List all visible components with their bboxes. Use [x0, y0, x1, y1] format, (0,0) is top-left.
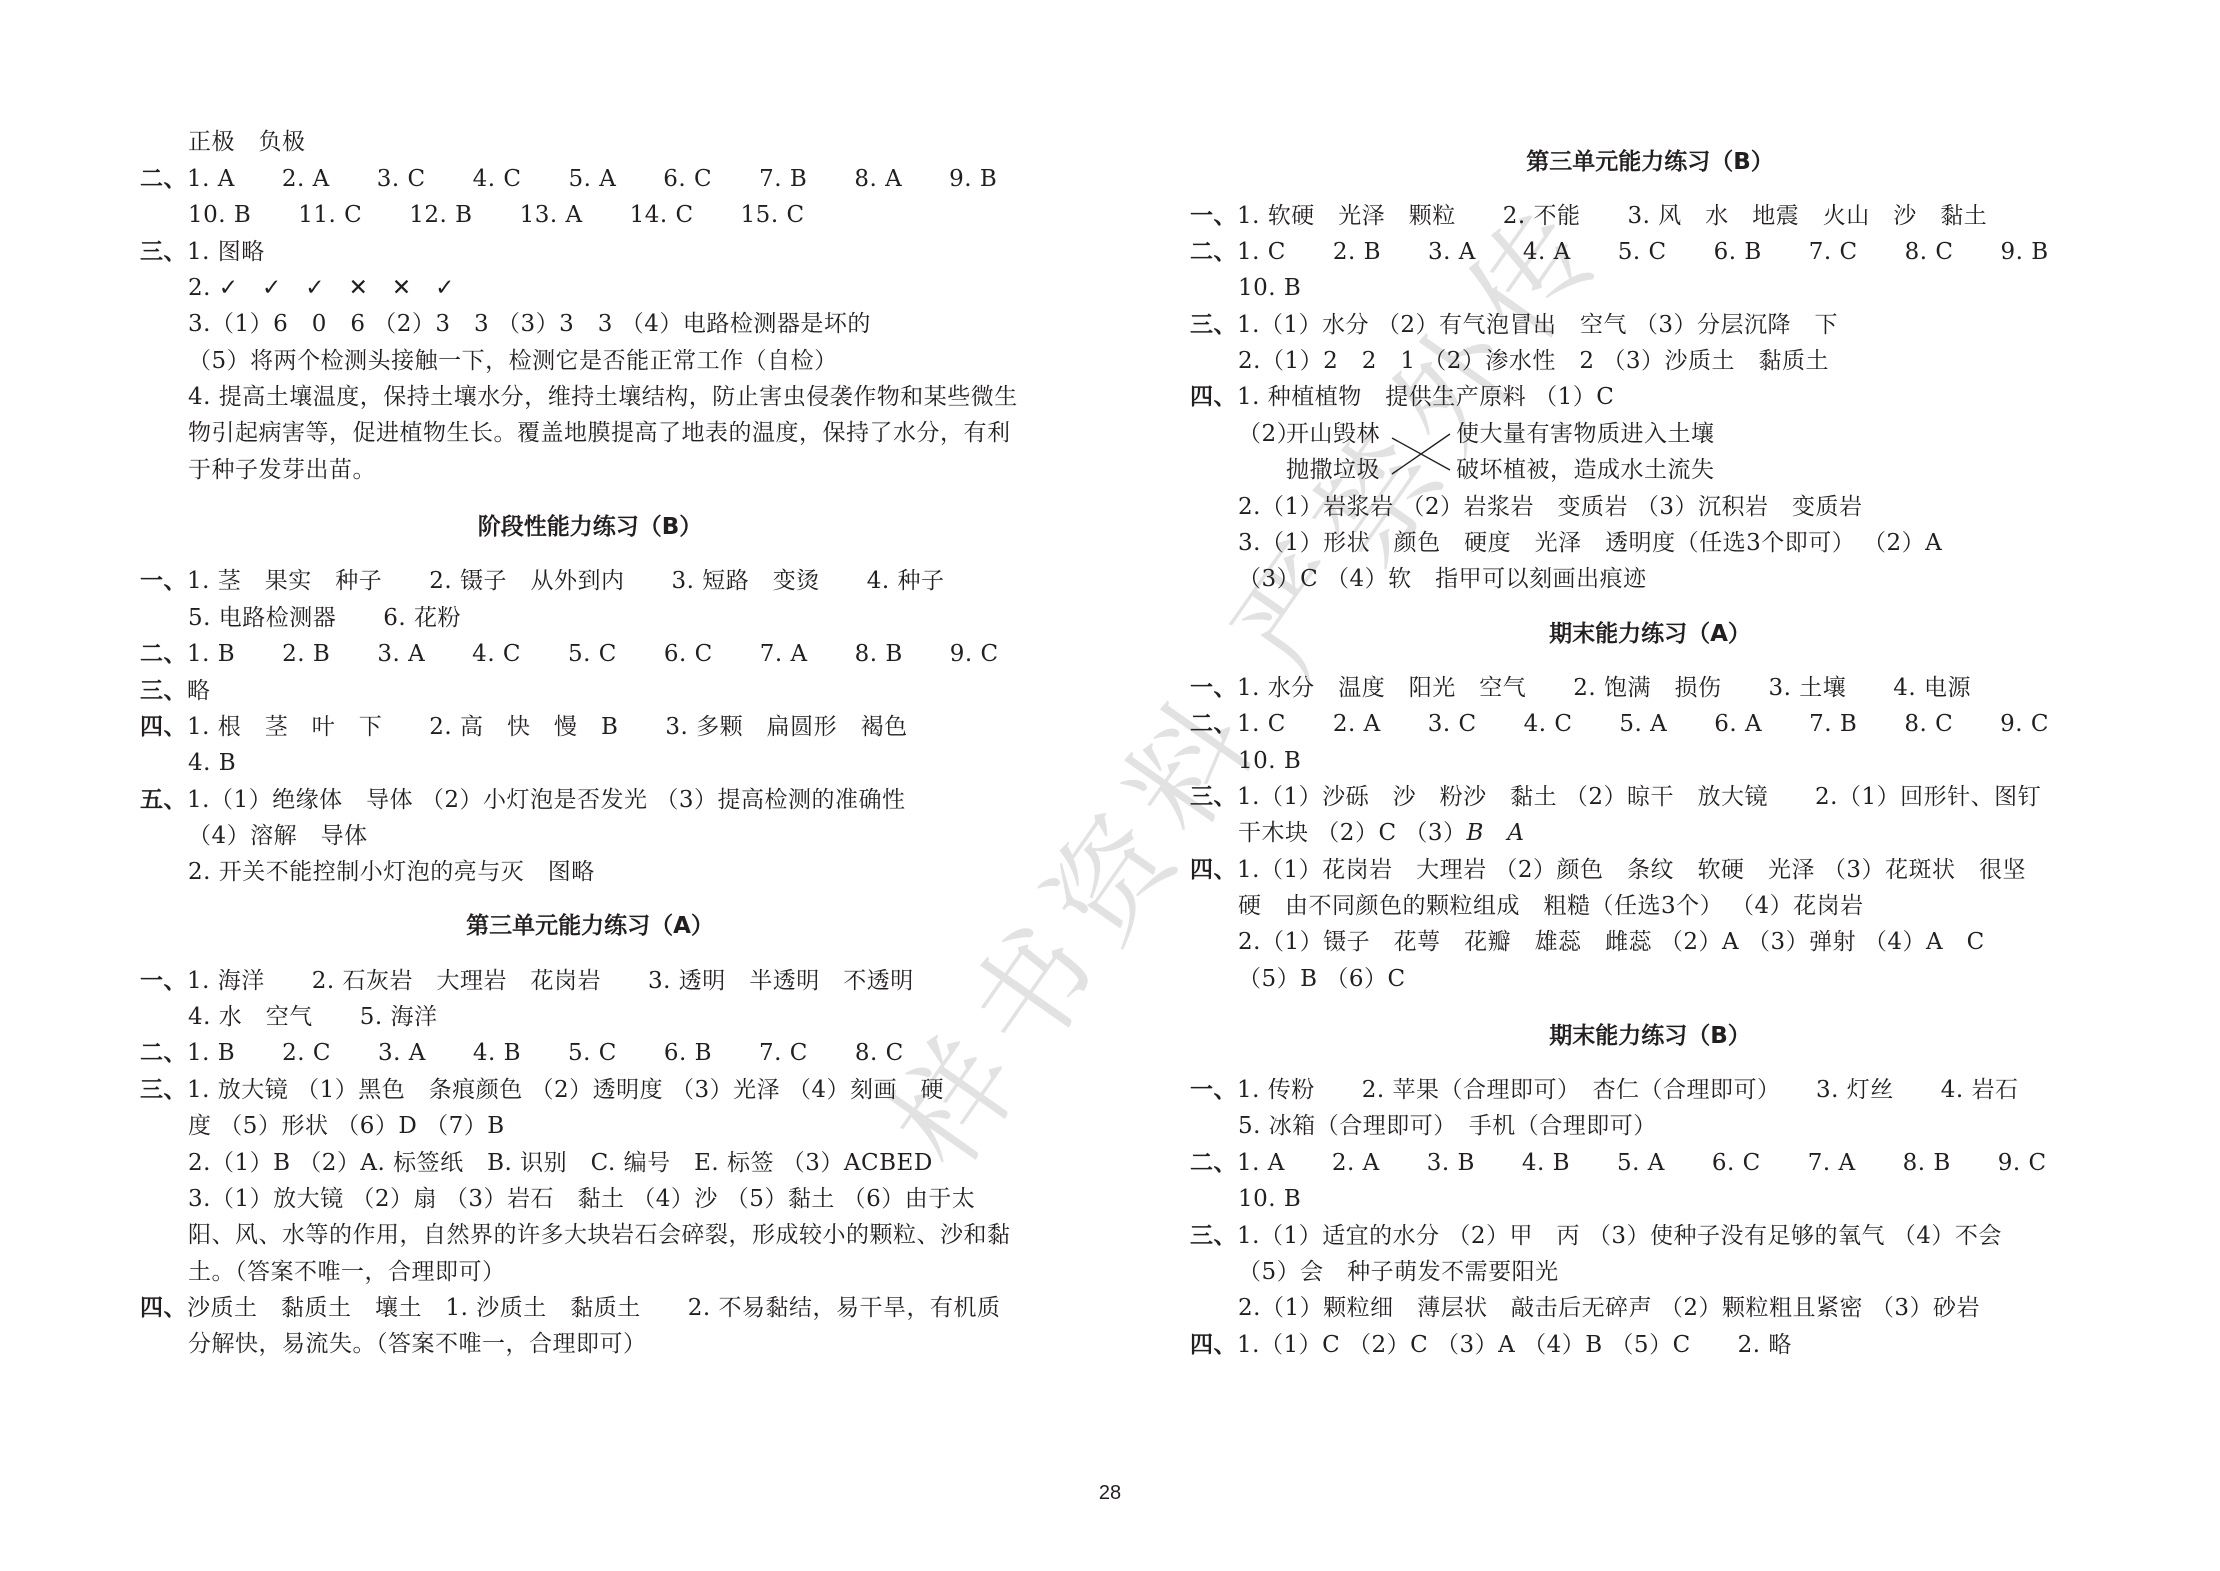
section-marker: 二、 [140, 166, 187, 192]
section-title: 阶段性能力练习（B） [478, 509, 703, 545]
answer-line: 3.（1）放大镜 （2）扇 （3）岩石 黏土 （4）沙 （5）黏土 （6）由于太 [188, 1181, 975, 1217]
answer-line: 四、1.（1）花岗岩 大理岩 （2）颜色 条纹 软硬 光泽 （3）花斑状 很坚 [1190, 852, 2026, 888]
answer-line: 二、1. A 2. A 3. C 4. C 5. A 6. C 7. B 8. … [140, 161, 997, 197]
answer-line: 10. B [1238, 743, 1301, 779]
answer-line: 5. 电路检测器 6. 花粉 [188, 600, 461, 636]
answer-line: 2.（1）B （2）A. 标签纸 B. 识别 C. 编号 E. 标签 （3）AC… [188, 1145, 933, 1181]
answer-line: （4）溶解 导体 [188, 818, 368, 854]
answer-line: （5）会 种子萌发不需要阳光 [1238, 1254, 1559, 1290]
answer-line: 三、1.（1）水分 （2）有气泡冒出 空气 （3）分层沉降 下 [1190, 307, 1838, 343]
answer-line: （5）将两个检测头接触一下，检测它是否能正常工作（自检） [188, 343, 838, 379]
answer-line: 四、1. 根 茎 叶 下 2. 高 快 慢 B 3. 多颗 扁圆形 褐色 [140, 709, 908, 745]
section-title: 第三单元能力练习（B） [1526, 144, 1774, 180]
answer-line: 4. 水 空气 5. 海洋 [188, 999, 438, 1035]
answer-line: 度 （5）形状 （6）D （7）B [188, 1108, 505, 1144]
answer-line: （5）B （6）C [1238, 961, 1406, 997]
answer-line: 2.（1）2 2 1 （2）渗水性 2 （3）沙质土 黏质土 [1238, 343, 1829, 379]
answer-line: 2. ✓ ✓ ✓ ✕ ✕ ✓ [188, 270, 455, 306]
answer-line: 三、略 [140, 673, 211, 709]
matching-right-item: 破坏植被，造成水土流失 [1456, 452, 1715, 488]
answer-line: （3）C （4）软 指甲可以刻画出痕迹 [1238, 561, 1647, 597]
answer-line: 二、1. B 2. C 3. A 4. B 5. C 6. B 7. C 8. … [140, 1035, 904, 1071]
answer-line: 四、1. 种植植物 提供生产原料 （1）C [1190, 379, 1614, 415]
answer-line: 2.（1）岩浆岩 （2）岩浆岩 变质岩 （3）沉积岩 变质岩 [1238, 489, 1862, 525]
answer-line: 一、1. 海洋 2. 石灰岩 大理岩 花岗岩 3. 透明 半透明 不透明 [140, 963, 914, 999]
answer-line: 三、1. 图略 [140, 234, 265, 270]
answer-line: 二、1. C 2. B 3. A 4. A 5. C 6. B 7. C 8. … [1190, 234, 2049, 270]
answer-line: 一、1. 软硬 光泽 颗粒 2. 不能 3. 风 水 地震 火山 沙 黏土 [1190, 198, 1987, 234]
answer-line: 4. B [188, 745, 236, 781]
matching-right-item: 使大量有害物质进入土壤 [1456, 416, 1715, 452]
answer-line: 四、1.（1）C （2）C （3）A （4）B （5）C 2. 略 [1190, 1327, 1792, 1363]
answer-line: 10. B [1238, 270, 1301, 306]
answer-line: 二、1. A 2. A 3. B 4. B 5. A 6. C 7. A 8. … [1190, 1145, 2047, 1181]
answer-line: 一、1. 水分 温度 阳光 空气 2. 饱满 损伤 3. 土壤 4. 电源 [1190, 670, 1971, 706]
answer-line: 3.（1）形状 颜色 硬度 光泽 透明度（任选3个即可） （2）A [1238, 525, 1942, 561]
answer-line: 2. 开关不能控制小灯泡的亮与灭 图略 [188, 854, 595, 890]
answer-line: 硬 由不同颜色的颗粒组成 粗糙（任选3个） （4）花岗岩 [1238, 888, 1864, 924]
answer-line: 五、1.（1）绝缘体 导体 （2）小灯泡是否发光 （3）提高检测的准确性 [140, 782, 905, 818]
answer-line: 4. 提高土壤温度，保持土壤水分，维持土壤结构，防止害虫侵袭作物和某些微生 [188, 379, 1018, 415]
answer-line: 10. B 11. C 12. B 13. A 14. C 15. C [188, 197, 805, 233]
answer-line: 一、1. 茎 果实 种子 2. 镊子 从外到内 3. 短路 变烫 4. 种子 [140, 563, 945, 599]
matching-left-item: 开山毁林 [1286, 416, 1380, 452]
answer-line: 阳、风、水等的作用，自然界的许多大块岩石会碎裂，形成较小的颗粒、沙和黏 [188, 1217, 1011, 1253]
answer-line: 10. B [1238, 1181, 1301, 1217]
answer-line: 二、1. C 2. A 3. C 4. C 5. A 6. A 7. B 8. … [1190, 706, 2049, 742]
section-marker: 三、 [140, 239, 187, 265]
matching-lines [1390, 420, 1454, 484]
answer-line: 二、1. B 2. B 3. A 4. C 5. C 6. C 7. A 8. … [140, 636, 999, 672]
matching-left-item: 抛撒垃圾 [1286, 452, 1380, 488]
page-number: 28 [1099, 1482, 1121, 1505]
answer-line: 分解快，易流失。（答案不唯一，合理即可） [188, 1326, 647, 1362]
answer-line: 5. 冰箱（合理即可） 手机（合理即可） [1238, 1108, 1657, 1144]
answer-line: 2.（1）镊子 花萼 花瓣 雄蕊 雌蕊 （2）A （3）弹射 （4）A C [1238, 924, 1985, 960]
answer-line: 四、沙质土 黏质土 壤土 1. 沙质土 黏质土 2. 不易黏结，易干旱，有机质 [140, 1290, 1001, 1326]
answer-line: 干木块 （2）C （3）B A [1238, 815, 1525, 851]
answer-line: 三、1.（1）适宜的水分 （2）甲 丙 （3）使种子没有足够的氧气 （4）不会 [1190, 1218, 2002, 1254]
section-title: 期末能力练习（A） [1549, 616, 1751, 652]
answer-line: 3.（1）6 0 6 （2）3 3 （3）3 3 （4）电路检测器是坏的 [188, 306, 871, 342]
answer-line: 物引起病害等，促进植物生长。覆盖地膜提高了地表的温度，保持了水分，有利 [188, 415, 1011, 451]
section-title: 期末能力练习（B） [1549, 1018, 1751, 1054]
answer-line: 三、1. 放大镜 （1）黑色 条痕颜色 （2）透明度 （3）光泽 （4）刻画 硬 [140, 1072, 944, 1108]
answer-line: 三、1.（1）沙砾 沙 粉沙 黏土 （2）晾干 放大镜 2.（1）回形针、图钉 [1190, 779, 2041, 815]
answer-line: 2.（1）颗粒细 薄层状 敲击后无碎声 （2）颗粒粗且紧密 （3）砂岩 [1238, 1290, 1980, 1326]
answer-line: 于种子发芽出苗。 [188, 452, 376, 488]
answer-line: 土。（答案不唯一，合理即可） [188, 1254, 506, 1290]
section-title: 第三单元能力练习（A） [466, 908, 714, 944]
answer-line: 一、1. 传粉 2. 苹果（合理即可） 杏仁（合理即可） 3. 灯丝 4. 岩石 [1190, 1072, 2019, 1108]
answer-line: 正极 负极 [188, 124, 306, 160]
